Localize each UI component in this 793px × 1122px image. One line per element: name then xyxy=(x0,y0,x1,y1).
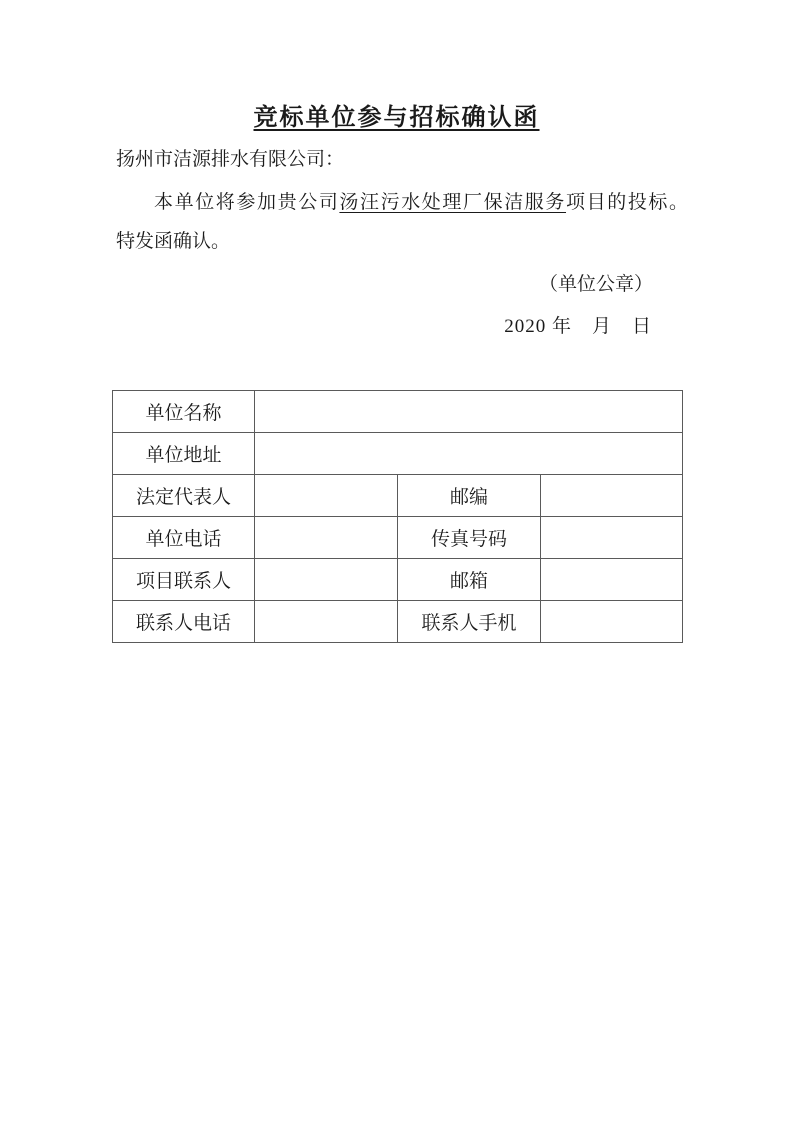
field-value-cell xyxy=(255,475,398,517)
project-name-underlined: 汤汪污水处理厂保洁服务 xyxy=(339,192,566,213)
field-value-cell xyxy=(541,559,683,601)
field-label-cell: 法定代表人 xyxy=(113,475,255,517)
table-row-project-contact: 项目联系人 邮箱 xyxy=(113,559,683,601)
field-label-cell: 邮编 xyxy=(398,475,541,517)
table-row-contact-phone: 联系人电话 联系人手机 xyxy=(113,601,683,643)
field-label-cell: 邮箱 xyxy=(398,559,541,601)
recipient-line: 扬州市洁源排水有限公司： xyxy=(116,149,344,171)
table-row-company-name: 单位名称 xyxy=(113,391,683,433)
date-line: 2020 年 月 日 xyxy=(504,316,652,338)
field-label-cell: 项目联系人 xyxy=(113,559,255,601)
field-value-cell xyxy=(255,517,398,559)
body-sentence: 本单位将参加贵公司汤汪污水处理厂保洁服务项目的投标。 xyxy=(116,191,716,214)
table-row-company-address: 单位地址 xyxy=(113,433,683,475)
field-label-cell: 单位电话 xyxy=(113,517,255,559)
contact-info-table: 单位名称 单位地址 法定代表人 邮编 单位电话 传真号码 项目联系人 xyxy=(112,390,683,643)
field-label-cell: 单位名称 xyxy=(113,391,255,433)
body-closing-line: 特发函确认。 xyxy=(116,231,230,253)
document-title: 竞标单位参与招标确认函 xyxy=(0,103,793,133)
field-value-cell xyxy=(255,559,398,601)
company-seal-note: （单位公章） xyxy=(539,274,653,296)
table-row-company-phone: 单位电话 传真号码 xyxy=(113,517,683,559)
field-value-cell xyxy=(541,517,683,559)
field-value-cell xyxy=(255,391,683,433)
field-label-cell: 联系人手机 xyxy=(398,601,541,643)
field-value-cell xyxy=(541,601,683,643)
field-label-cell: 单位地址 xyxy=(113,433,255,475)
table-row-legal-representative: 法定代表人 邮编 xyxy=(113,475,683,517)
field-value-cell xyxy=(255,601,398,643)
body-text-prefix: 本单位将参加贵公司 xyxy=(154,192,339,213)
field-label-cell: 联系人电话 xyxy=(113,601,255,643)
body-text-suffix: 项目的投标。 xyxy=(566,192,690,213)
field-label-cell: 传真号码 xyxy=(398,517,541,559)
document-page: 竞标单位参与招标确认函 扬州市洁源排水有限公司： 本单位将参加贵公司汤汪污水处理… xyxy=(0,0,793,1122)
field-value-cell xyxy=(255,433,683,475)
field-value-cell xyxy=(541,475,683,517)
